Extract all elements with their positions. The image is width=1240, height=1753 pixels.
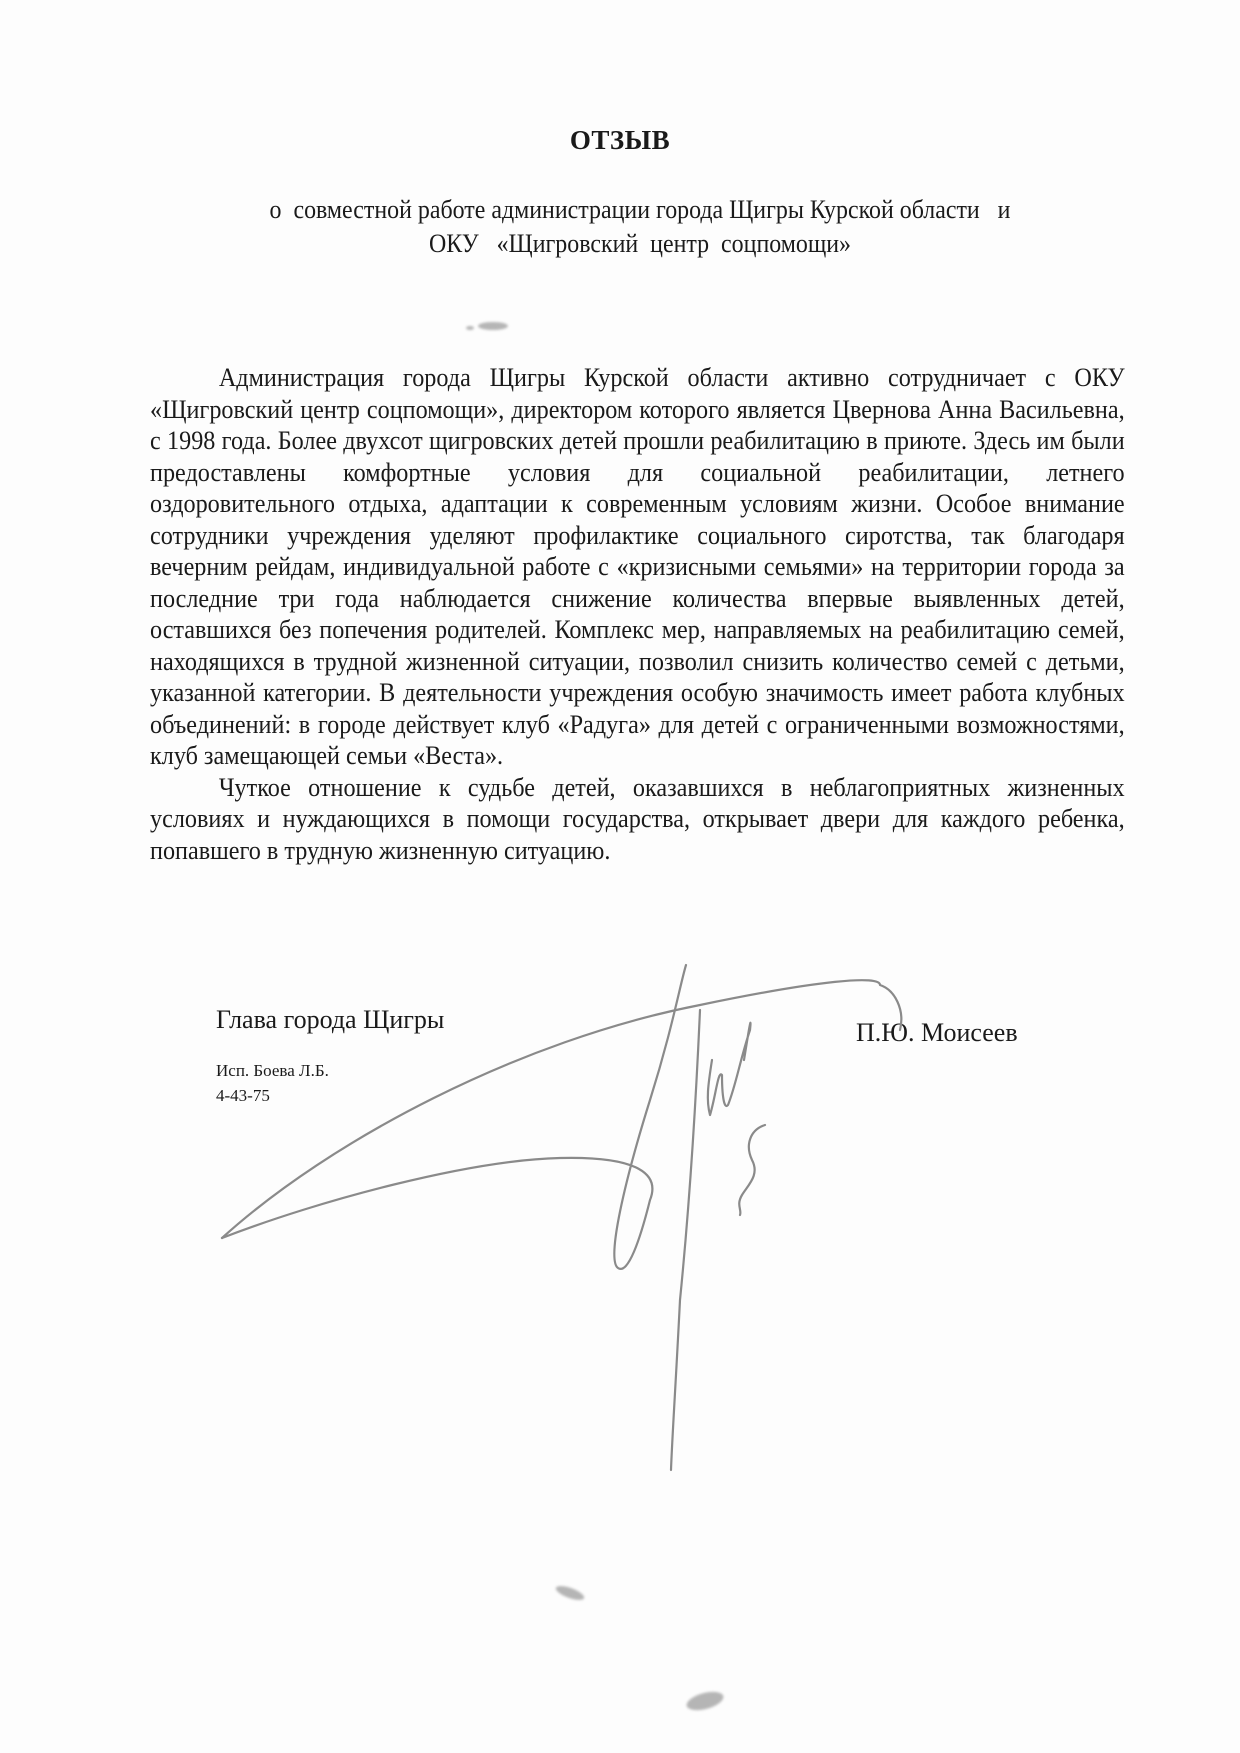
handwritten-signature	[0, 0, 1240, 1753]
scan-blot	[685, 1688, 726, 1713]
signatory-name: П.Ю. Моисеев	[856, 1018, 1018, 1048]
signatory-position: Глава города Щигры	[216, 1005, 444, 1035]
scan-blot	[478, 322, 508, 330]
subtitle-line: ОКУ «Щигровский центр соцпомощи»	[217, 227, 1063, 261]
document-subtitle: о совместной работе администрации города…	[217, 193, 1063, 261]
document-page: ОТЗЫВ о совместной работе администрации …	[0, 0, 1240, 1753]
executor-phone: 4-43-75	[216, 1083, 329, 1108]
body-paragraph: Администрация города Щигры Курской облас…	[150, 362, 1125, 772]
document-body: Администрация города Щигры Курской облас…	[150, 362, 1125, 866]
scan-blot	[466, 326, 474, 330]
executor-block: Исп. Боева Л.Б. 4-43-75	[216, 1058, 329, 1108]
body-paragraph: Чуткое отношение к судьбе детей, оказавш…	[150, 772, 1125, 867]
scan-blot	[554, 1583, 586, 1603]
subtitle-line: о совместной работе администрации города…	[217, 193, 1063, 227]
executor-name: Исп. Боева Л.Б.	[216, 1058, 329, 1083]
document-title: ОТЗЫВ	[0, 125, 1240, 156]
